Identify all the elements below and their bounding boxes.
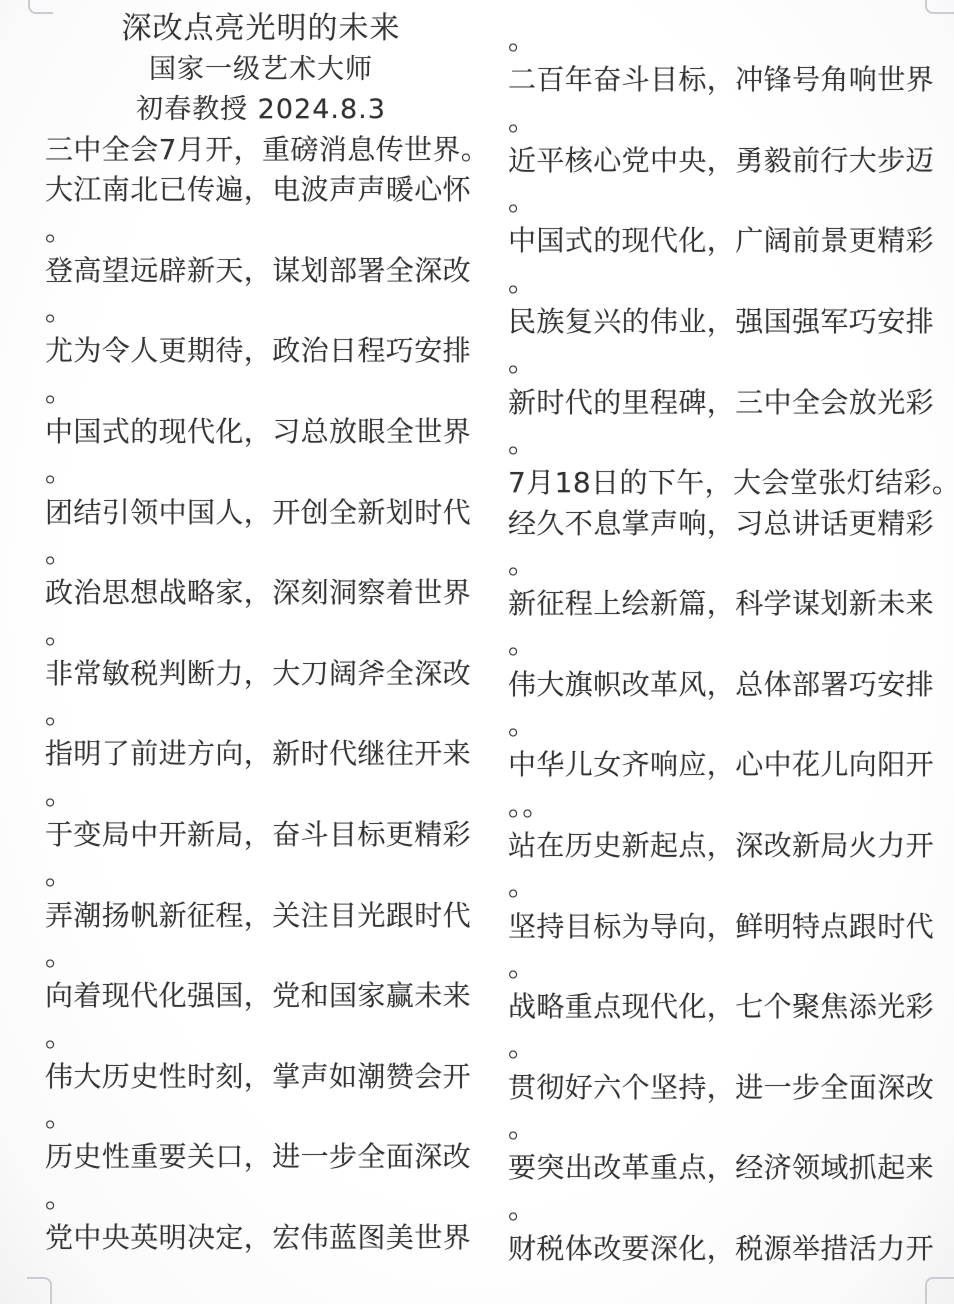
poem-title: 深改点亮光明的未来 [45, 8, 477, 50]
poem-line: 。 [508, 20, 940, 60]
poem-line: 站在历史新起点，深改新局火力开 [508, 826, 940, 866]
poem-line: 指明了前进方向，新时代继往开来 [45, 734, 477, 774]
poem-line: 。 [508, 181, 940, 221]
poem-line: 登高望远辟新天，谋划部署全深改 [45, 251, 477, 291]
poem-line: 。 [45, 855, 477, 895]
poem-line: 尤为令人更期待，政治日程巧安排 [45, 331, 477, 371]
page-corner-mark-bottom-right [925, 1277, 954, 1304]
poem-line: 。 [45, 614, 477, 654]
left-column-lines: 三中全会7月开，重磅消息传世界。大江南北已传遍，电波声声暖心怀。登高望远辟新天，… [45, 130, 477, 1258]
poem-line: 。 [45, 936, 477, 976]
poem-line: 经久不息掌声响，习总讲话更精彩 [508, 504, 940, 544]
poem-line: 。 [45, 1178, 477, 1218]
poem-line: 。 [508, 947, 940, 987]
poem-line: 。 [45, 372, 477, 412]
poem-line: 政治思想战略家，深刻洞察着世界 [45, 573, 477, 613]
poem-line: 要突出改革重点，经济领域抓起来 [508, 1148, 940, 1188]
poem-line: 。 [45, 291, 477, 331]
poem-line: 。 [45, 694, 477, 734]
poem-line: 。 [508, 624, 940, 664]
poem-line: 弄潮扬帆新征程，关注目光跟时代 [45, 896, 477, 936]
poem-line: 非常敏税判断力，大刀阔斧全深改 [45, 654, 477, 694]
poem-line: 。 [508, 1027, 940, 1067]
poem-line: 。 [45, 533, 477, 573]
poem-line: 战略重点现代化，七个聚焦添光彩 [508, 987, 940, 1027]
poem-line: 。 [508, 544, 940, 584]
page-corner-mark-bottom-left [27, 1277, 52, 1304]
poem-line: 新时代的里程碑，三中全会放光彩 [508, 383, 940, 423]
page-corner-mark-top-right [925, 0, 954, 14]
poem-line: 伟大历史性时刻，掌声如潮赞会开 [45, 1057, 477, 1097]
poem-line: 。。 [508, 786, 940, 826]
poem-line: 。 [45, 452, 477, 492]
poem-line: 。 [45, 1017, 477, 1057]
poem-line: 。 [508, 866, 940, 906]
poem-line: 中国式的现代化，习总放眼全世界 [45, 412, 477, 452]
right-column-lines: 。二百年奋斗目标，冲锋号角响世界。近平核心党中央，勇毅前行大步迈。中国式的现代化… [508, 20, 940, 1269]
poem-line: 伟大旗帜改革风，总体部署巧安排 [508, 665, 940, 705]
poem-line: 。 [508, 101, 940, 141]
poem-line: 党中央英明决定，宏伟蓝图美世界 [45, 1218, 477, 1258]
left-column: 深改点亮光明的未来 国家一级艺术大师 初春教授 2024.8.3 三中全会7月开… [45, 0, 477, 1258]
poem-header: 深改点亮光明的未来 国家一级艺术大师 初春教授 2024.8.3 [45, 0, 477, 130]
poem-line: 中国式的现代化，广阔前景更精彩 [508, 221, 940, 261]
poem-line: 。 [508, 1108, 940, 1148]
poem-line: 。 [508, 423, 940, 463]
poem-line: 。 [508, 262, 940, 302]
poem-line: 民族复兴的伟业，强国强军巧安排 [508, 302, 940, 342]
poem-subtitle: 国家一级艺术大师 [45, 50, 477, 90]
poem-byline: 初春教授 2024.8.3 [45, 90, 477, 130]
poem-line: 。 [45, 211, 477, 251]
poem-line: 历史性重要关口，进一步全面深改 [45, 1137, 477, 1177]
poem-line: 。 [508, 342, 940, 382]
poem-line: 。 [508, 1189, 940, 1229]
poem-line: 于变局中开新局，奋斗目标更精彩 [45, 815, 477, 855]
poem-line: 坚持目标为导向，鲜明特点跟时代 [508, 907, 940, 947]
poem-line: 三中全会7月开，重磅消息传世界。 [45, 130, 477, 170]
poem-line: 7月18日的下午，大会堂张灯结彩。 [508, 463, 940, 503]
poem-line: 大江南北已传遍，电波声声暖心怀 [45, 170, 477, 210]
poem-line: 近平核心党中央，勇毅前行大步迈 [508, 141, 940, 181]
poem-line: 中华儿女齐响应，心中花儿向阳开 [508, 745, 940, 785]
poem-line: 新征程上绘新篇，科学谋划新未来 [508, 584, 940, 624]
poem-line: 二百年奋斗目标，冲锋号角响世界 [508, 60, 940, 100]
right-column: 。二百年奋斗目标，冲锋号角响世界。近平核心党中央，勇毅前行大步迈。中国式的现代化… [508, 20, 940, 1269]
poem-line: 团结引领中国人，开创全新划时代 [45, 493, 477, 533]
poem-line: 向着现代化强国，党和国家赢未来 [45, 976, 477, 1016]
poem-line: 。 [45, 1097, 477, 1137]
poem-line: 财税体改要深化，税源举措活力开 [508, 1229, 940, 1269]
poem-line: 。 [45, 775, 477, 815]
document-page: 深改点亮光明的未来 国家一级艺术大师 初春教授 2024.8.3 三中全会7月开… [0, 0, 954, 1304]
poem-line: 。 [508, 705, 940, 745]
poem-line: 贯彻好六个坚持，进一步全面深改 [508, 1068, 940, 1108]
